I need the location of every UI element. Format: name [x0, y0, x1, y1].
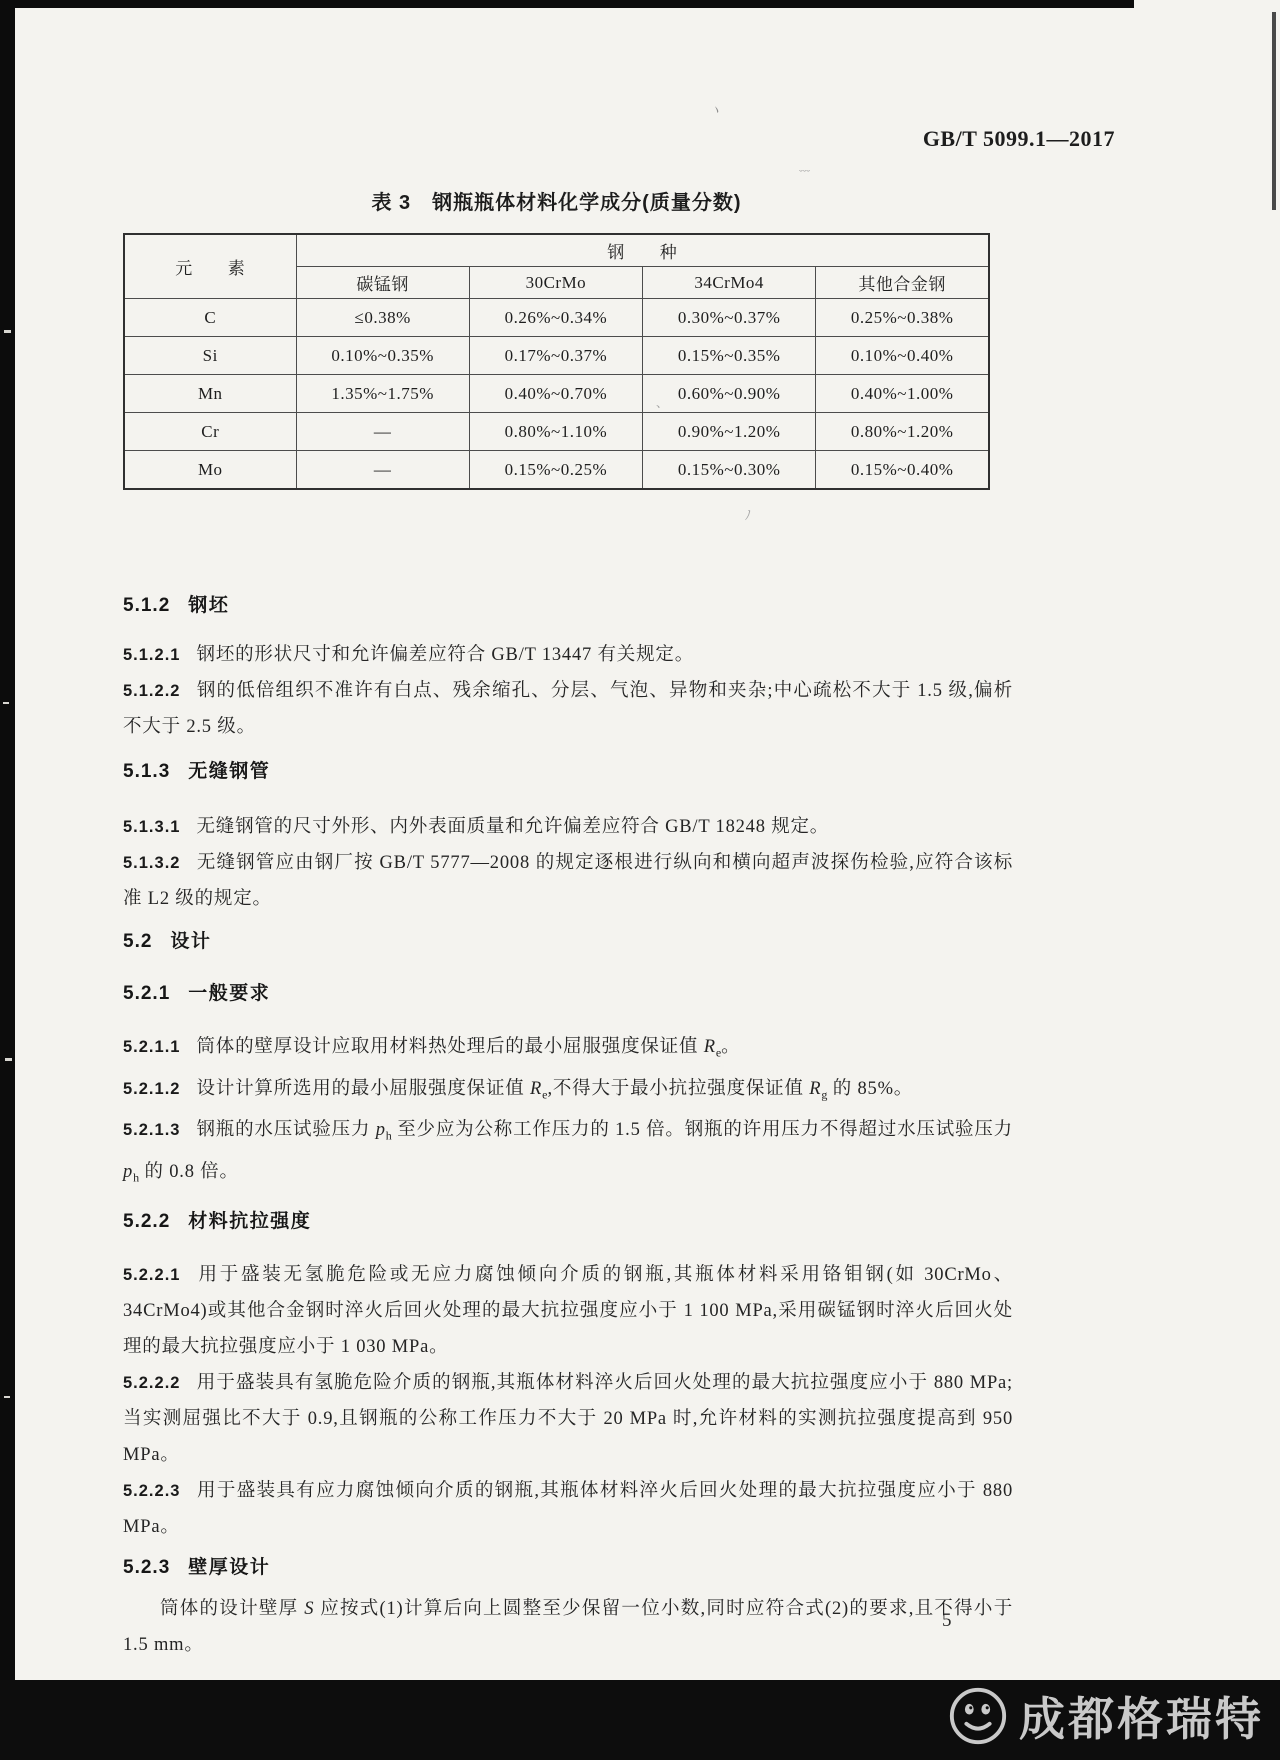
- value-cell: 0.25%~0.38%: [816, 299, 989, 337]
- section-heading: 5.2.2材料抗拉强度: [123, 1209, 1013, 1235]
- scan-speck: [5, 1058, 12, 1061]
- clause-number: 5.2.2.3: [123, 1482, 180, 1500]
- page-number: 5: [942, 1610, 952, 1632]
- section-title: 一般要求: [188, 983, 270, 1004]
- clause-text: 筒体的设计壁厚 S 应按式(1)计算后向上圆整至少保留一位小数,同时应符合式(2…: [123, 1599, 1013, 1655]
- section-title: 设计: [170, 931, 211, 952]
- clause-text: 用于盛装无氢脆危险或无应力腐蚀倾向介质的钢瓶,其瓶体材料采用铬钼钢(如 30Cr…: [123, 1265, 1013, 1357]
- clause-number: 5.1.2.2: [123, 682, 180, 700]
- section-title: 材料抗拉强度: [188, 1211, 311, 1232]
- scan-speck: [4, 1396, 10, 1398]
- value-cell: 0.40%~1.00%: [816, 375, 989, 413]
- standard-number: GB/T 5099.1—2017: [923, 126, 1115, 152]
- section-heading: 5.2设计: [123, 929, 1013, 955]
- clause-paragraph: 5.2.1.3钢瓶的水压试验压力 ph 至少应为公称工作压力的 1.5 倍。钢瓶…: [123, 1112, 1013, 1195]
- clause-paragraph: 5.1.3.2无缝钢管应由钢厂按 GB/T 5777—2008 的规定逐根进行纵…: [123, 845, 1013, 917]
- value-cell: 0.17%~0.37%: [469, 337, 642, 375]
- clause-number: 5.2.1.1: [123, 1038, 180, 1056]
- section-heading: 5.1.3无缝钢管: [123, 759, 1013, 785]
- table-row: Mo—0.15%~0.25%0.15%~0.30%0.15%~0.40%: [124, 451, 989, 490]
- clause-number: 5.2.2: [123, 1211, 170, 1232]
- clause-number: 5.2.2.1: [123, 1266, 180, 1284]
- value-cell: 0.10%~0.40%: [816, 337, 989, 375]
- clause-text: 筒体的壁厚设计应取用材料热处理后的最小屈服强度保证值 Re。: [196, 1037, 740, 1057]
- scan-edge-top: [0, 0, 1134, 8]
- clauses-container: 5.1.2钢坯5.1.2.1钢坯的形状尺寸和允许偏差应符合 GB/T 13447…: [123, 577, 1013, 1663]
- column-header: 34CrMo4: [643, 267, 816, 299]
- scan-artifact: ﹏: [799, 158, 810, 174]
- clause-paragraph: 5.1.2.2钢的低倍组织不准许有白点、残余缩孔、分层、气泡、异物和夹杂;中心疏…: [123, 673, 1013, 745]
- value-cell: 0.15%~0.25%: [469, 451, 642, 490]
- clause-paragraph: 5.2.2.3用于盛装具有应力腐蚀倾向介质的钢瓶,其瓶体材料淬火后回火处理的最大…: [123, 1473, 1013, 1545]
- section-heading: 5.1.2钢坯: [123, 593, 1013, 619]
- value-cell: 0.10%~0.35%: [296, 337, 469, 375]
- clause-number: 5.1.3: [123, 761, 170, 782]
- value-cell: 0.26%~0.34%: [469, 299, 642, 337]
- scan-artifact: 丶: [707, 98, 726, 120]
- clause-number: 5.2.2.2: [123, 1374, 180, 1392]
- table-title: 表 3 钢瓶瓶体材料化学成分(质量分数): [123, 186, 990, 215]
- scan-artifact: 、: [656, 394, 668, 411]
- chemical-composition-table: 元 素 钢 种 碳锰钢 30CrMo 34CrMo4 其他合金钢 C≤0.38%…: [123, 233, 990, 490]
- clause-number: 5.1.2.1: [123, 646, 180, 664]
- value-cell: ≤0.38%: [296, 299, 469, 337]
- clause-paragraph: 筒体的设计壁厚 S 应按式(1)计算后向上圆整至少保留一位小数,同时应符合式(2…: [123, 1591, 1013, 1663]
- value-cell: —: [296, 413, 469, 451]
- element-cell: Mo: [124, 451, 296, 490]
- section-title: 无缝钢管: [188, 761, 270, 782]
- steel-type-header-cell: 钢 种: [296, 234, 989, 267]
- section-heading: 5.2.3壁厚设计: [123, 1555, 1013, 1581]
- table-header-row: 元 素 钢 种: [124, 234, 989, 267]
- clause-text: 钢坯的形状尺寸和允许偏差应符合 GB/T 13447 有关规定。: [196, 645, 694, 665]
- value-cell: 0.15%~0.35%: [643, 337, 816, 375]
- scan-artifact: ノ: [740, 505, 756, 525]
- scan-speck: [3, 702, 9, 704]
- value-cell: 0.80%~1.10%: [469, 413, 642, 451]
- clause-paragraph: 5.1.3.1无缝钢管的尺寸外形、内外表面质量和允许偏差应符合 GB/T 182…: [123, 809, 1013, 845]
- column-header: 碳锰钢: [296, 267, 469, 299]
- clause-number: 5.1.3.1: [123, 818, 180, 836]
- value-cell: 0.30%~0.37%: [643, 299, 816, 337]
- element-cell: Mn: [124, 375, 296, 413]
- clause-number: 5.2.3: [123, 1557, 170, 1578]
- clause-number: 5.2.1.3: [123, 1121, 180, 1139]
- watermark: 成都格瑞特: [947, 1685, 1264, 1752]
- value-cell: 0.80%~1.20%: [816, 413, 989, 451]
- clause-number: 5.2: [123, 931, 152, 952]
- wechat-face-icon: [947, 1685, 1009, 1752]
- table-row: Mn1.35%~1.75%0.40%~0.70%0.60%~0.90%0.40%…: [124, 375, 989, 413]
- element-cell: Si: [124, 337, 296, 375]
- clause-paragraph: 5.2.2.2用于盛装具有氢脆危险介质的钢瓶,其瓶体材料淬火后回火处理的最大抗拉…: [123, 1365, 1013, 1473]
- clause-number: 5.1.3.2: [123, 854, 180, 872]
- clause-text: 无缝钢管应由钢厂按 GB/T 5777—2008 的规定逐根进行纵向和横向超声波…: [123, 853, 1013, 909]
- watermark-text: 成都格瑞特: [1019, 1687, 1264, 1751]
- clause-number: 5.2.1: [123, 983, 170, 1004]
- table-row: Si0.10%~0.35%0.17%~0.37%0.15%~0.35%0.10%…: [124, 337, 989, 375]
- value-cell: 0.40%~0.70%: [469, 375, 642, 413]
- value-cell: 0.15%~0.30%: [643, 451, 816, 490]
- clause-paragraph: 5.2.2.1用于盛装无氢脆危险或无应力腐蚀倾向介质的钢瓶,其瓶体材料采用铬钼钢…: [123, 1257, 1013, 1365]
- clause-text: 用于盛装具有应力腐蚀倾向介质的钢瓶,其瓶体材料淬火后回火处理的最大抗拉强度应小于…: [123, 1481, 1013, 1537]
- clause-number: 5.1.2: [123, 595, 170, 616]
- section-heading: 5.2.1一般要求: [123, 981, 1013, 1007]
- value-cell: —: [296, 451, 469, 490]
- clause-paragraph: 5.2.1.1筒体的壁厚设计应取用材料热处理后的最小屈服强度保证值 Re。: [123, 1029, 1013, 1071]
- table-row: Cr—0.80%~1.10%0.90%~1.20%0.80%~1.20%: [124, 413, 989, 451]
- element-header-cell: 元 素: [124, 234, 296, 299]
- section-title: 壁厚设计: [188, 1557, 270, 1578]
- value-cell: 0.15%~0.40%: [816, 451, 989, 490]
- clause-text: 用于盛装具有氢脆危险介质的钢瓶,其瓶体材料淬火后回火处理的最大抗拉强度应小于 8…: [123, 1373, 1013, 1465]
- scan-edge-left: [0, 0, 15, 1760]
- value-cell: 0.60%~0.90%: [643, 375, 816, 413]
- chem-table-body: C≤0.38%0.26%~0.34%0.30%~0.37%0.25%~0.38%…: [124, 299, 989, 490]
- clause-text: 钢的低倍组织不准许有白点、残余缩孔、分层、气泡、异物和夹杂;中心疏松不大于 1.…: [123, 681, 1013, 737]
- scan-speck: [4, 330, 11, 333]
- column-header: 其他合金钢: [816, 267, 989, 299]
- section-title: 钢坯: [188, 595, 229, 616]
- clause-paragraph: 5.2.1.2设计计算所选用的最小屈服强度保证值 Re,不得大于最小抗拉强度保证…: [123, 1071, 1013, 1113]
- clause-paragraph: 5.1.2.1钢坯的形状尺寸和允许偏差应符合 GB/T 13447 有关规定。: [123, 637, 1013, 673]
- clause-number: 5.2.1.2: [123, 1080, 180, 1098]
- value-cell: 1.35%~1.75%: [296, 375, 469, 413]
- clause-text: 设计计算所选用的最小屈服强度保证值 Re,不得大于最小抗拉强度保证值 Rg 的 …: [196, 1079, 913, 1099]
- element-cell: C: [124, 299, 296, 337]
- scan-edge-right: [1272, 12, 1276, 210]
- value-cell: 0.90%~1.20%: [643, 413, 816, 451]
- element-cell: Cr: [124, 413, 296, 451]
- clause-text: 钢瓶的水压试验压力 ph 至少应为公称工作压力的 1.5 倍。钢瓶的许用压力不得…: [123, 1120, 1013, 1182]
- column-header: 30CrMo: [469, 267, 642, 299]
- clause-text: 无缝钢管的尺寸外形、内外表面质量和允许偏差应符合 GB/T 18248 规定。: [196, 817, 829, 837]
- table-row: C≤0.38%0.26%~0.34%0.30%~0.37%0.25%~0.38%: [124, 299, 989, 337]
- scanned-document-page: GB/T 5099.1—2017 表 3 钢瓶瓶体材料化学成分(质量分数) 元 …: [0, 0, 1280, 1760]
- footer-watermark-bar: 成都格瑞特: [0, 1680, 1280, 1760]
